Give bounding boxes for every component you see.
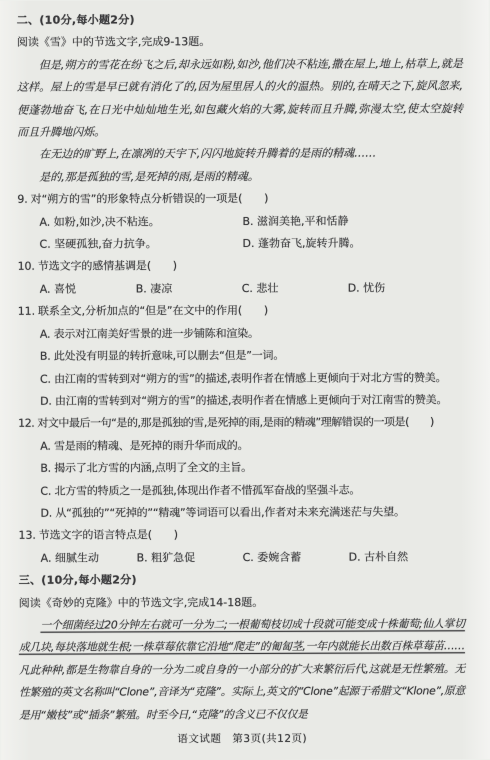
passage-paragraph: 在无边的旷野上,在凛冽的天宇下,闪闪地旋转升腾着的是雨的精魂…… xyxy=(17,143,463,167)
question-13-options-row: A. 细腻生动 B. 粗犷急促 C. 委婉含蓄 D. 古朴自然 xyxy=(19,546,465,570)
passage-clone: 一个细菌经过20分钟左右就可一分为二;一根葡萄枝切成十段就可能变成十株葡萄;仙人… xyxy=(19,613,465,727)
question-number: 10. xyxy=(18,260,35,273)
question-9-options-row-2: C. 坚硬孤独,奋力抗争。 D. 蓬勃奋飞,旋转升腾。 xyxy=(17,232,463,256)
passage-paragraph: 是的,那是孤独的雪,是死掉的雨,是雨的精魂。 xyxy=(17,165,463,189)
question-10-options-row: A. 喜悦 B. 凄凉 C. 悲壮 D. 忧伤 xyxy=(18,277,464,301)
option-c: C. 坚硬孤独,奋力抗争。 xyxy=(39,233,242,256)
section-2-intro: 阅读《雪》中的节选文字,完成9-13题。 xyxy=(17,31,463,55)
option-c: C. 由江南的雪转到对“朔方的雪”的描述,表明作者在情感上更倾向于对北方雪的赞美… xyxy=(40,367,464,391)
option-a: A. 表示对江南美好雪景的进一步铺陈和渲染。 xyxy=(40,322,464,346)
option-d: D. 蓬勃奋飞,旋转升腾。 xyxy=(242,233,360,256)
option-d: D. 从“孤独的”“死掉的”“精魂”等词语可以看出,作者对未来充满迷茫与失望。 xyxy=(40,501,464,525)
option-a: A. 细腻生动 xyxy=(41,547,137,570)
question-12: 12.对文中最后一句“是的,那是孤独的雪,是死掉的雨,是雨的精魂”理解错误的一项… xyxy=(18,412,464,526)
question-stem-text: 节选文字的感情基调是( ) xyxy=(38,260,177,273)
question-number: 13. xyxy=(19,529,36,542)
option-a: A. 雪是雨的精魂、是死掉的雨升华而成的。 xyxy=(40,434,464,458)
question-12-stem: 12.对文中最后一句“是的,那是孤独的雪,是死掉的雨,是雨的精魂”理解错误的一项… xyxy=(18,412,464,436)
question-stem-text: 联系全文,分析加点的“但是”在文中的作用( ) xyxy=(38,304,268,318)
passage-paragraph: 但是,朔方的雪花在纷飞之后,却永远如粉,如沙,他们决不粘连,撒在屋上,地上,枯草… xyxy=(17,53,463,144)
page-footer: 语文试题 第3页(共12页) xyxy=(19,727,465,751)
question-stem-text: 对文中最后一句“是的,那是孤独的雪,是死掉的雨,是雨的精魂”理解错误的一项是( … xyxy=(37,416,434,430)
question-12-options: A. 雪是雨的精魂、是死掉的雨升华而成的。 B. 揭示了北方雪的内涵,点明了全文… xyxy=(18,434,464,525)
passage-text: 凡此种种,都是生物靠自身的一分为二或自身的一小部分的扩大来繁衍后代,这就是无性繁… xyxy=(19,662,465,721)
option-b: B. 揭示了北方雪的内涵,点明了全文的主旨。 xyxy=(40,456,464,480)
question-10-stem: 10.节选文字的感情基调是( ) xyxy=(18,255,464,279)
section-3-heading: 三、(10分,每小题2分) xyxy=(19,568,465,592)
option-a: A. 喜悦 xyxy=(40,278,136,301)
option-b: B. 凄凉 xyxy=(136,278,242,301)
option-c: C. 委婉含蓄 xyxy=(243,546,349,569)
question-stem-text: 对“朔方的雪”的形象特点分析错误的一项是( ) xyxy=(31,192,269,206)
option-b: B. 滋润美艳,平和恬静 xyxy=(242,210,348,233)
underlined-text: 一个细菌经过20分钟左右就可一分为二;一根葡萄枝切成十段就可能变成十株葡萄;仙人… xyxy=(19,617,465,654)
question-11-stem: 11.联系全文,分析加点的“但是”在文中的作用( ) xyxy=(18,300,464,324)
option-c: C. 北方雪的特质之一是孤独,体现出作者不惜孤军奋战的坚强斗志。 xyxy=(40,479,464,503)
question-9-stem: 9.对“朔方的雪”的形象特点分析错误的一项是( ) xyxy=(17,187,463,211)
question-9: 9.对“朔方的雪”的形象特点分析错误的一项是( ) A. 如粉,如沙,决不粘连。… xyxy=(17,187,463,256)
question-11-options: A. 表示对江南美好雪景的进一步铺陈和渲染。 B. 此处没有明显的转折意味,可以… xyxy=(18,322,464,413)
option-d: D. 忧伤 xyxy=(348,277,386,300)
scanned-exam-page: 二、(10分,每小题2分) 阅读《雪》中的节选文字,完成9-13题。 但是,朔方… xyxy=(0,0,490,760)
question-13-stem: 13.节选文字的语言特点是( ) xyxy=(19,524,465,548)
option-a: A. 如粉,如沙,决不粘连。 xyxy=(39,211,242,234)
question-11: 11.联系全文,分析加点的“但是”在文中的作用( ) A. 表示对江南美好雪景的… xyxy=(18,300,464,414)
option-b: B. 此处没有明显的转折意味,可以删去“但是”一词。 xyxy=(40,344,464,368)
option-b: B. 粗犷急促 xyxy=(137,547,243,570)
option-d: D. 古朴自然 xyxy=(349,546,409,569)
section-3-intro: 阅读《奇妙的克隆》中的节选文字,完成14-18题。 xyxy=(19,591,465,615)
question-13: 13.节选文字的语言特点是( ) A. 细腻生动 B. 粗犷急促 C. 委婉含蓄… xyxy=(19,524,465,570)
question-10: 10.节选文字的感情基调是( ) A. 喜悦 B. 凄凉 C. 悲壮 D. 忧伤 xyxy=(18,255,464,301)
question-stem-text: 节选文字的语言特点是( ) xyxy=(39,529,178,542)
question-number: 9. xyxy=(17,193,27,206)
section-2-heading: 二、(10分,每小题2分) xyxy=(17,8,463,32)
passage-snow: 但是,朔方的雪花在纷飞之后,却永远如粉,如沙,他们决不粘连,撒在屋上,地上,枯草… xyxy=(17,53,463,189)
question-number: 12. xyxy=(18,417,34,430)
option-c: C. 悲壮 xyxy=(242,278,348,301)
question-number: 11. xyxy=(18,305,35,318)
option-d: D. 由江南的雪转到对“朔方的雪”的描述,表明作者在情感上更倾向于对江南雪的赞美… xyxy=(40,389,464,413)
passage-paragraph: 一个细菌经过20分钟左右就可一分为二;一根葡萄枝切成十段就可能变成十株葡萄;仙人… xyxy=(19,613,465,727)
question-9-options-row-1: A. 如粉,如沙,决不粘连。 B. 滋润美艳,平和恬静 xyxy=(17,210,463,234)
